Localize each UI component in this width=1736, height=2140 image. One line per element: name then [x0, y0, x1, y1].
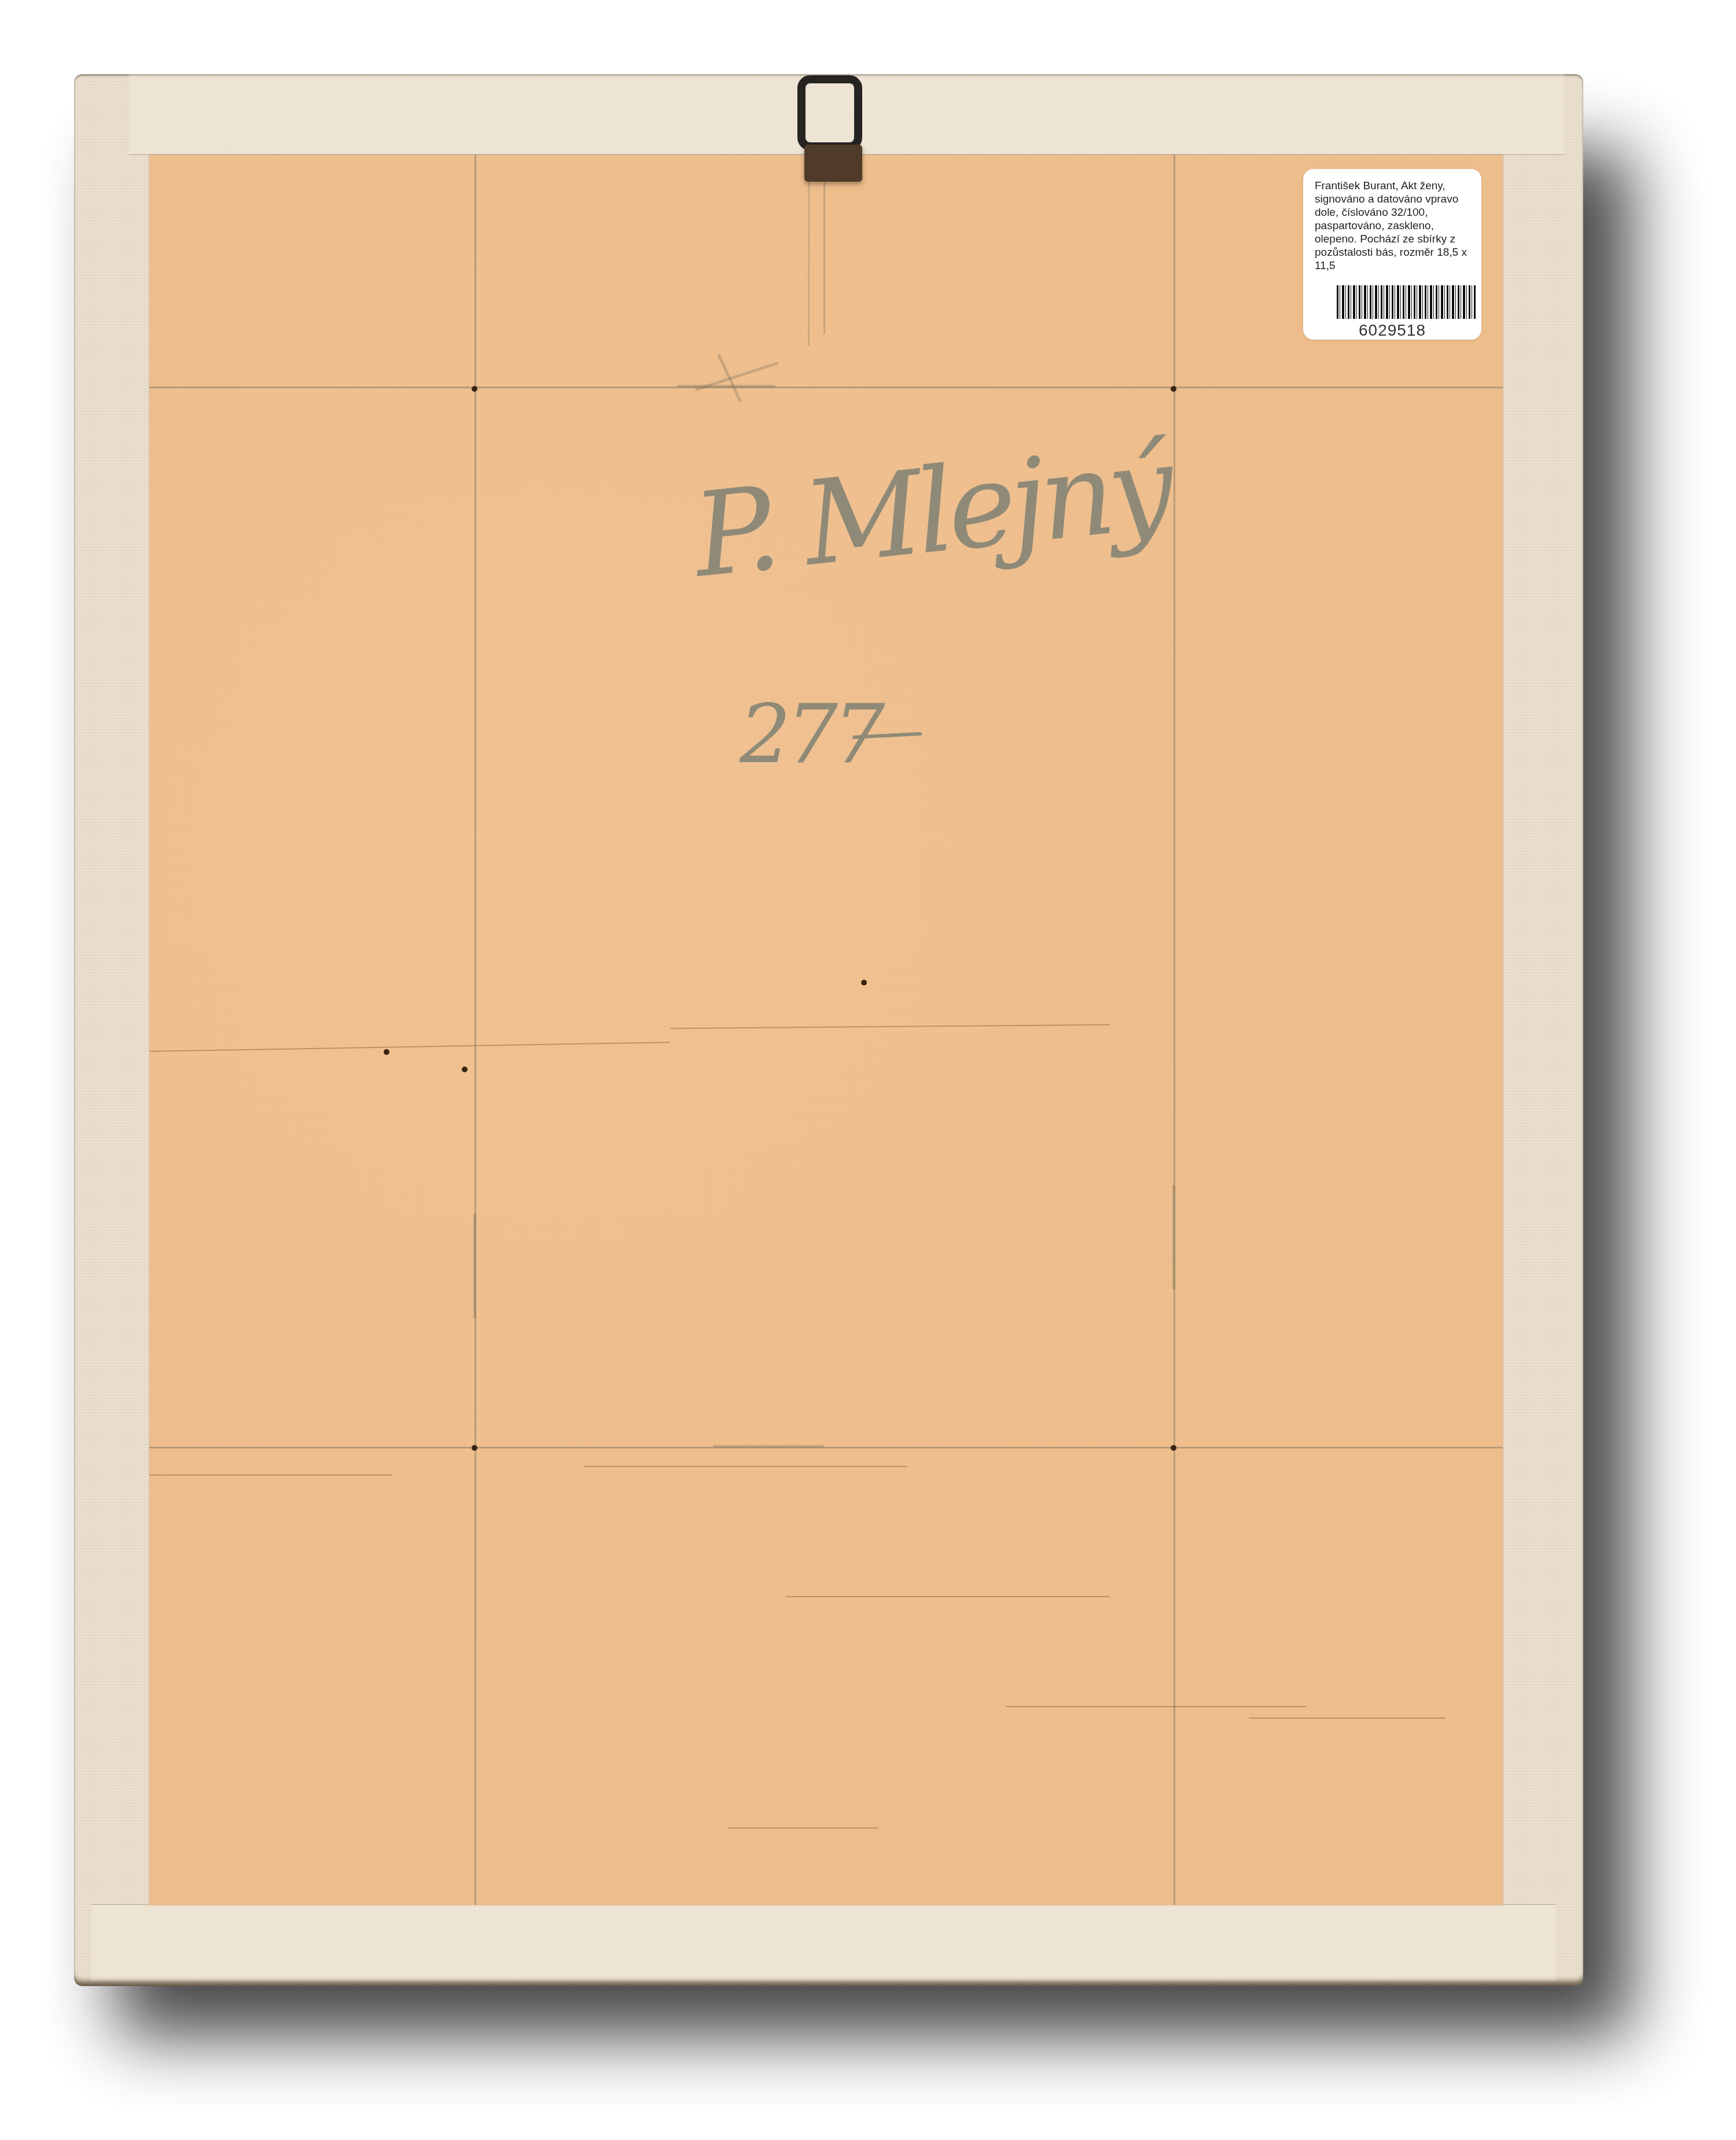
grid-dot	[384, 1049, 389, 1055]
pencil-cross-mark	[717, 354, 742, 402]
paper-crease	[149, 1475, 392, 1476]
cloth-tape-bottom	[91, 1904, 1555, 1980]
paper-crease	[1006, 1706, 1307, 1707]
hanger-strap	[804, 145, 862, 182]
backing-paper	[149, 155, 1503, 1905]
paper-crease	[786, 1596, 1110, 1597]
pencil-tick-right	[1172, 1185, 1175, 1289]
paper-crease	[670, 1024, 1110, 1029]
label-description: František Burant, Akt ženy, signováno a …	[1315, 179, 1470, 273]
grid-dot	[472, 386, 477, 392]
grid-dot	[462, 1067, 468, 1072]
paper-crease	[149, 1042, 670, 1052]
grid-dot	[1171, 1445, 1176, 1451]
picture-frame-back: P. Mlejný 277	[74, 74, 1583, 1986]
hanger-ring-icon	[797, 75, 862, 150]
grid-dot	[472, 1445, 477, 1451]
pencil-dash-top	[677, 385, 775, 388]
grid-dot	[861, 980, 867, 986]
paper-crease	[728, 1828, 878, 1829]
auction-label: František Burant, Akt ženy, signováno a …	[1303, 169, 1481, 340]
barcode-number: 6029518	[1315, 321, 1470, 340]
grid-line-bottom	[149, 1447, 1503, 1448]
paper-crease	[1249, 1718, 1446, 1719]
grid-line-hanger-2	[823, 155, 825, 334]
grid-dot	[1171, 386, 1176, 392]
pencil-tick-left	[473, 1214, 476, 1318]
grid-line-right	[1174, 155, 1175, 1905]
barcode-icon	[1337, 285, 1476, 319]
paper-crease	[583, 1466, 907, 1467]
pencil-dash-bottom	[713, 1445, 823, 1448]
grid-line-top	[149, 387, 1503, 388]
grid-line-left	[475, 155, 476, 1905]
grid-line-hanger-1	[808, 155, 810, 346]
